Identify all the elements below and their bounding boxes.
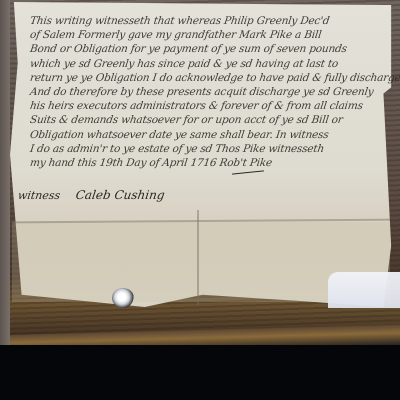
witness-signature: Caleb Cushing [75, 188, 166, 202]
photo-scene: This writing witnesseth that whereas Phi… [0, 0, 400, 400]
text-line: Bond or Obligation for ye payment of ye … [29, 42, 391, 56]
witness-label: witness [17, 189, 61, 202]
text-line: his heirs executors administrators & for… [29, 99, 391, 113]
text-line: return ye ye Obligation I do acknowledge… [29, 71, 391, 85]
glass-glare [328, 272, 400, 308]
text-line: which ye sd Greenly has since paid & ye … [29, 57, 391, 71]
text-line: of Salem Formerly gave my grandfather Ma… [29, 28, 391, 42]
light-reflection [112, 288, 134, 308]
witness-signature-block: witness Caleb Cushing [17, 188, 166, 202]
text-line: This writing witnesseth that whereas Phi… [29, 14, 391, 28]
text-line: Obligation whatsoever date ye same shall… [29, 128, 391, 142]
frame-edge [0, 0, 10, 345]
vertical-fold-line [197, 210, 199, 305]
text-line: And do therefore by these presents acqui… [29, 85, 391, 99]
text-line: Suits & demands whatsoever for or upon a… [29, 113, 391, 127]
text-line: I do as admin'r to ye estate of ye sd Th… [29, 142, 391, 156]
text-line-date: my hand this 19th Day of April 1716 Rob'… [29, 156, 391, 170]
handwritten-text: This writing witnesseth that whereas Phi… [30, 14, 390, 170]
dark-foreground [0, 345, 400, 400]
